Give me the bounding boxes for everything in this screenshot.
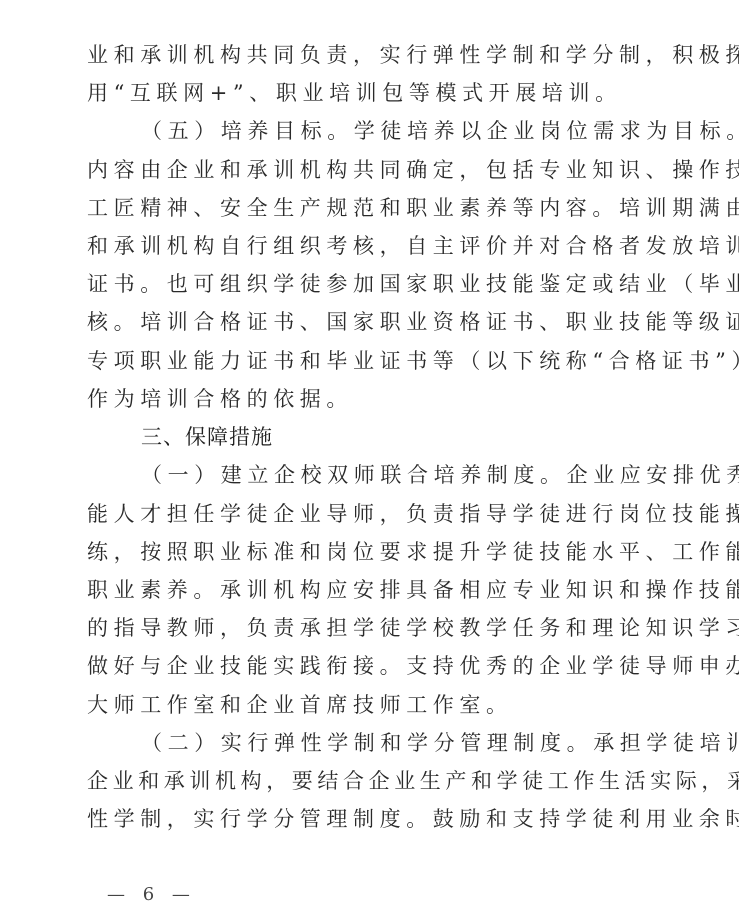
paragraph-line: 职业素养。承训机构应安排具备相应专业知识和操作技能水平 [87, 571, 662, 609]
section-five-training-goals: （五）培养目标。学徒培养以企业岗位需求为目标。培养 [141, 112, 662, 150]
section-heading-safeguards: 三、保障措施 [141, 418, 662, 456]
paragraph-line: 用“互联网+”、职业培训包等模式开展培训。 [87, 74, 662, 112]
paragraph-line: 企业和承训机构，要结合企业生产和学徒工作生活实际，采取弹 [87, 762, 662, 800]
document-page: 业和承训机构共同负责，实行弹性学制和学分制，积极探索应 用“互联网+”、职业培训… [0, 0, 739, 917]
paragraph-line: 的指导教师，负责承担学徒学校教学任务和理论知识学习，并 [87, 609, 662, 647]
paragraph-line: 大师工作室和企业首席技师工作室。 [87, 686, 662, 724]
paragraph-line: 性学制，实行学分管理制度。鼓励和支持学徒利用业余时间分阶 [87, 800, 662, 838]
paragraph-line: 作为培训合格的依据。 [87, 380, 662, 418]
page-number: — 6 — [107, 882, 196, 908]
paragraph-line: 能人才担任学徒企业导师，负责指导学徒进行岗位技能操作训 [87, 495, 662, 533]
paragraph-line: 工匠精神、安全生产规范和职业素养等内容。培训期满由企业 [87, 189, 662, 227]
paragraph-line: 和承训机构自行组织考核，自主评价并对合格者发放培训合格 [87, 227, 662, 265]
paragraph-line: 核。培训合格证书、国家职业资格证书、职业技能等级证书、 [87, 303, 662, 341]
paragraph-line: 做好与企业技能实践衔接。支持优秀的企业学徒导师申办技能 [87, 647, 662, 685]
section-two-flexible-credit-system: （二）实行弹性学制和学分管理制度。承担学徒培训任务的 [141, 724, 662, 762]
paragraph-line: 内容由企业和承训机构共同确定，包括专业知识、操作技能、 [87, 151, 662, 189]
paragraph-line: 业和承训机构共同负责，实行弹性学制和学分制，积极探索应 [87, 36, 662, 74]
paragraph-line: 专项职业能力证书和毕业证书等（以下统称“合格证书”），均可 [87, 342, 662, 380]
paragraph-line: 证书。也可组织学徒参加国家职业技能鉴定或结业（毕业）考 [87, 265, 662, 303]
section-one-dual-mentor-system: （一）建立企校双师联合培养制度。企业应安排优秀高技 [141, 456, 662, 494]
paragraph-line: 练，按照职业标准和岗位要求提升学徒技能水平、工作能力和 [87, 533, 662, 571]
